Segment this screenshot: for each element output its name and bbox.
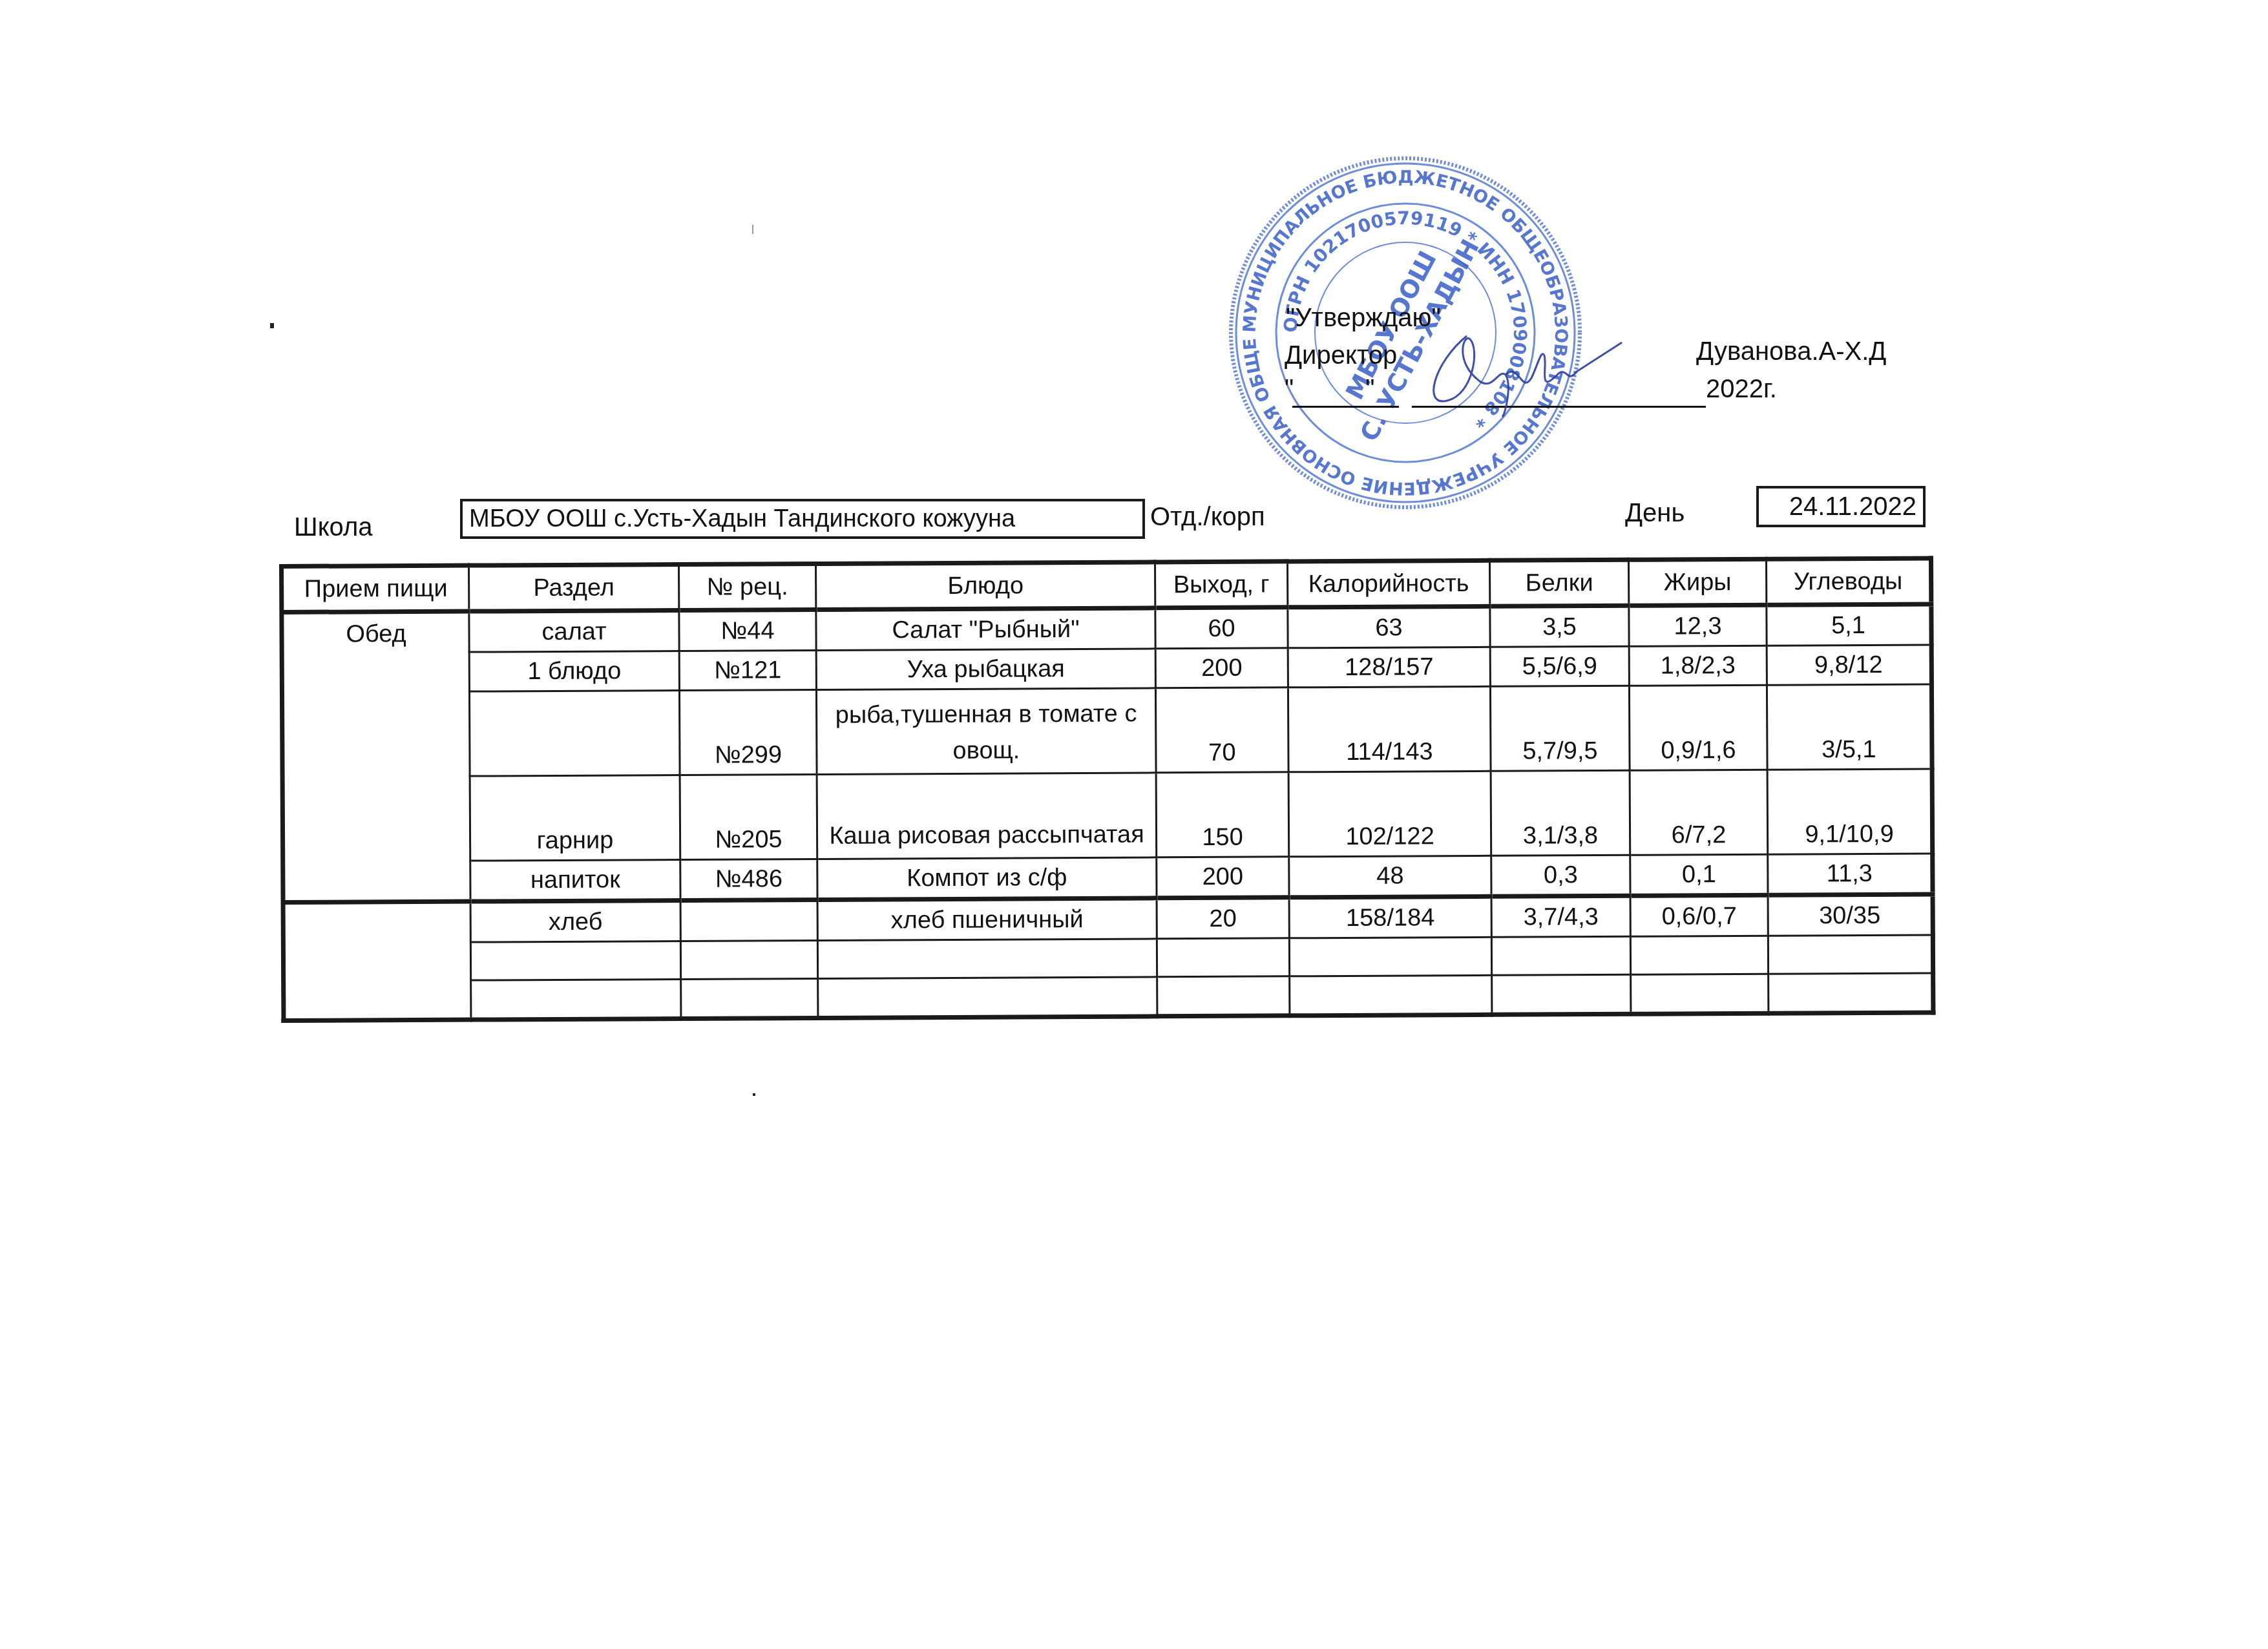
column-header: Выход, г [1155,562,1288,608]
dish-cell: рыба,тушенная в томате с овощ. [816,688,1156,775]
scan-speck [270,323,274,328]
table-row: гарнир №205 Каша рисовая рассыпчатая 150… [282,769,1933,861]
dish-cell: Каша рисовая рассыпчатая [817,773,1157,859]
empty-cell [1492,974,1631,1014]
table-row-empty [284,973,1933,1020]
column-header: Прием пищи [282,565,469,612]
empty-cell [818,977,1157,1018]
director-name: Дуванова.А-Х.Д [1696,336,1886,367]
fat-cell: 1,8/2,3 [1629,646,1767,686]
fat-cell: 0,9/1,6 [1629,685,1767,770]
fat-cell: 0,6/0,7 [1630,895,1768,936]
calories-cell: 102/122 [1288,771,1491,857]
empty-cell [1769,973,1933,1013]
carbs-cell: 30/35 [1768,894,1933,936]
protein-cell: 0,3 [1491,855,1630,896]
section-cell: хлеб [470,900,680,942]
column-header: Жиры [1628,559,1766,605]
scan-speck [753,1093,755,1096]
yield-cell: 20 [1157,898,1289,939]
fat-cell: 12,3 [1629,605,1767,646]
dish-cell: Салат "Рыбный" [816,608,1155,651]
calories-cell: 128/157 [1288,647,1490,688]
protein-cell: 3,7/4,3 [1491,896,1630,937]
empty-cell [1289,937,1491,976]
section-cell: гарнир [470,775,680,861]
dish-cell: хлеб пшеничный [817,898,1157,941]
table-header-row: Прием пищи Раздел № рец. Блюдо Выход, г … [282,558,1931,612]
protein-cell: 3,5 [1490,605,1629,647]
empty-cell [681,978,818,1018]
protein-cell: 3,1/3,8 [1491,770,1630,856]
empty-cell [1768,935,1933,974]
menu-table: Прием пищи Раздел № рец. Блюдо Выход, г … [279,556,1935,1023]
section-cell [469,690,680,776]
empty-cell [1630,936,1768,974]
yield-cell: 200 [1155,648,1288,688]
section-cell: салат [469,610,679,652]
yield-cell: 150 [1156,772,1289,857]
recipe-cell [680,899,817,941]
day-label: День [1625,498,1685,529]
empty-cell [470,941,680,980]
recipe-cell: №299 [679,689,817,775]
empty-cell [1491,936,1630,975]
fat-cell: 6/7,2 [1630,770,1768,855]
yield-cell: 70 [1155,688,1288,773]
carbs-cell: 5,1 [1767,604,1931,646]
meal-cell: Обед [282,611,470,902]
column-header: Углеводы [1766,558,1931,605]
column-header: Раздел [469,564,679,611]
recipe-cell: №44 [679,609,816,651]
empty-cell [817,939,1157,979]
carbs-cell: 9,8/12 [1767,645,1931,685]
empty-cell [1157,938,1289,977]
empty-cell [680,940,817,979]
dish-cell: Компот из с/ф [817,857,1157,900]
approval-year: 2022г. [1706,373,1777,404]
column-header: Блюдо [816,562,1155,610]
calories-cell: 114/143 [1288,686,1491,772]
yield-cell: 200 [1157,857,1289,898]
protein-cell: 5,7/9,5 [1490,686,1630,771]
section-cell: 1 блюдо [469,651,679,691]
calories-cell: 63 [1288,606,1490,648]
school-field: МБОУ ООШ с.Усть-Хадын Тандинского кожуун… [460,499,1145,539]
approval-date-quotes: " " [1285,373,1375,404]
dish-cell: Уха рыбацкая [816,649,1155,690]
department-label: Отд./корп [1150,501,1265,532]
carbs-cell: 3/5,1 [1767,684,1932,770]
day-field: 24.11.2022 [1756,486,1926,527]
empty-cell [1290,975,1492,1016]
column-header: № рец. [679,563,816,610]
recipe-cell: №205 [680,774,817,859]
recipe-cell: №486 [680,859,817,900]
table-row: №299 рыба,тушенная в томате с овощ. 70 1… [282,684,1932,777]
recipe-cell: №121 [679,650,816,690]
signature-icon [1409,323,1628,420]
column-header: Белки [1489,560,1628,606]
empty-cell [471,979,681,1020]
empty-cell [1157,976,1290,1016]
protein-cell: 5,5/6,9 [1490,646,1629,686]
yield-cell: 60 [1155,607,1288,649]
section-cell: напиток [470,859,680,901]
director-position: Директор [1285,340,1397,371]
school-label: Школа [294,512,373,543]
carbs-cell: 9,1/10,9 [1767,769,1933,854]
approval-day-line [1292,406,1399,408]
fat-cell: 0,1 [1630,854,1768,896]
column-header: Калорийность [1287,560,1489,607]
carbs-cell: 11,3 [1768,854,1933,895]
calories-cell: 48 [1289,856,1491,898]
empty-cell [1631,974,1769,1014]
meal-cell-empty [283,901,471,1020]
calories-cell: 158/184 [1289,896,1491,938]
scan-speck [752,225,753,234]
